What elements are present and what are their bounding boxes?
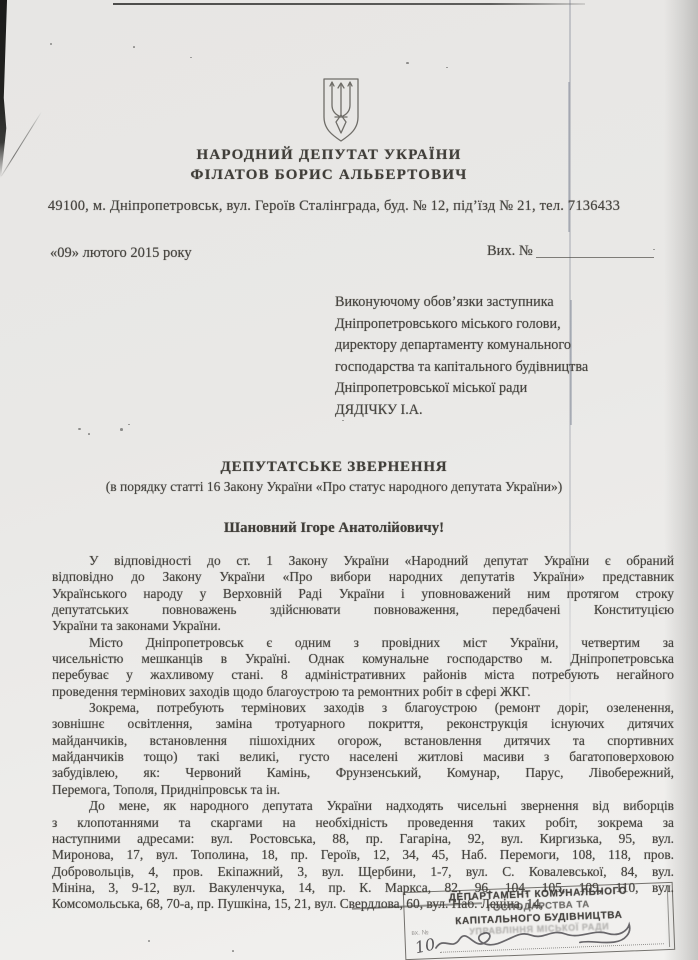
text-line: майданчиків тощо) такі великі, густо нас… xyxy=(52,749,674,765)
noise-speck xyxy=(50,43,52,45)
noise-speck xyxy=(133,46,135,48)
document-date: «09» лютого 2015 року xyxy=(50,245,192,262)
text-line: Перемога, Тополя, Придніпровськ та ін. xyxy=(52,782,674,798)
noise-speck xyxy=(128,424,130,425)
text-line: відповідно до Закону України «Про вибори… xyxy=(52,569,674,585)
text-line: проведення термінових заходів щодо благо… xyxy=(52,684,674,700)
text-line: України та законами України. xyxy=(52,618,674,634)
text-line: У відповідності до ст. 1 Закону України … xyxy=(52,553,674,569)
text-line: чисельністю мешканців в Україні. Однак к… xyxy=(52,651,674,667)
document-title: ДЕПУТАТСЬКЕ ЗВЕРНЕННЯ xyxy=(0,459,668,476)
addressee-name: ДЯДІЧКУ І.А. xyxy=(335,400,645,422)
text-line: Місто Дніпропетровськ є одним з провідни… xyxy=(52,635,674,651)
addressee-line: Дніпропетровської міської ради xyxy=(335,378,645,400)
paragraph: У відповідності до ст. 1 Закону України … xyxy=(52,553,674,635)
paragraph: Зокрема, потребують термінових заходів з… xyxy=(52,700,674,798)
text-line: забудівлею, як: Червоний Камінь, Фрунзен… xyxy=(52,765,674,781)
salutation: Шановний Ігоре Анатолійовичу! xyxy=(0,520,668,537)
deputy-full-name: ФІЛАТОВ БОРИС АЛЬБЕРТОВИЧ xyxy=(0,167,658,184)
text-line: з клопотаннями та скаргами на необхідніс… xyxy=(52,815,674,831)
text-line: Зокрема, потребують термінових заходів з… xyxy=(52,700,674,716)
addressee-line: Дніпропетровського міського голови, xyxy=(335,314,645,336)
addressee-line: директору департаменту комунального xyxy=(335,335,645,357)
ukraine-trident-coat-of-arms-icon xyxy=(320,77,362,143)
text-line: Українського народу у Верховній Раді Укр… xyxy=(52,586,674,602)
text-line: зовнішнє освітлення, заміна тротуарного … xyxy=(52,716,674,732)
text-line: Добровольців, 4, пров. Екіпажний, 3, вул… xyxy=(52,864,674,880)
text-line: перебуває у жахливому стані. 8 адміністр… xyxy=(52,667,674,683)
paragraph: Місто Дніпропетровськ є одним з провідни… xyxy=(52,635,674,700)
body-paragraphs: У відповідності до ст. 1 Закону України … xyxy=(52,553,674,913)
noise-speck xyxy=(232,950,234,952)
outgoing-number: Вих. № xyxy=(487,243,654,260)
noise-speck xyxy=(406,62,409,64)
noise-speck xyxy=(120,428,123,431)
document-subtitle: (в порядку статті 16 Закону України «Про… xyxy=(0,479,668,495)
text-line: депутатських повноважень здійснювати пов… xyxy=(52,602,674,618)
scanned-letter-page: НАРОДНИЙ ДЕПУТАТ УКРАЇНИ ФІЛАТОВ БОРИС А… xyxy=(0,0,698,960)
addressee-block: Виконуючому обов’язки заступника Дніпроп… xyxy=(335,292,645,421)
registration-stamp: ДЕПАРТАМЕНТ КОМУНАЛЬНОГО ГОСПОДАРСТВА ТА… xyxy=(403,882,675,960)
noise-speck xyxy=(148,940,150,942)
scan-top-edge-line xyxy=(113,3,585,5)
addressee-line: Виконуючому обов’язки заступника xyxy=(335,292,645,314)
deputy-name-title: НАРОДНИЙ ДЕПУТАТ УКРАЇНИ xyxy=(0,147,658,164)
outgoing-number-label: Вих. № xyxy=(487,243,533,259)
text-line: До мене, як народного депутата України н… xyxy=(52,798,674,814)
text-line: наступними адресами: вул. Ростовська, 88… xyxy=(52,831,674,847)
noise-speck xyxy=(446,67,448,68)
addressee-line: господарства та капітального будівництва xyxy=(335,357,645,379)
letterhead-address: 49100, м. Дніпропетровськ, вул. Героїв С… xyxy=(0,198,668,215)
noise-speck xyxy=(88,433,90,435)
noise-speck xyxy=(190,57,192,58)
noise-speck xyxy=(78,428,81,430)
outgoing-number-blank xyxy=(536,257,654,258)
text-line: Миронова, 17, вул. Тополина, 18, пр. Гер… xyxy=(52,847,674,863)
text-line: майданчиків, встановлення пішохідних ого… xyxy=(52,733,674,749)
